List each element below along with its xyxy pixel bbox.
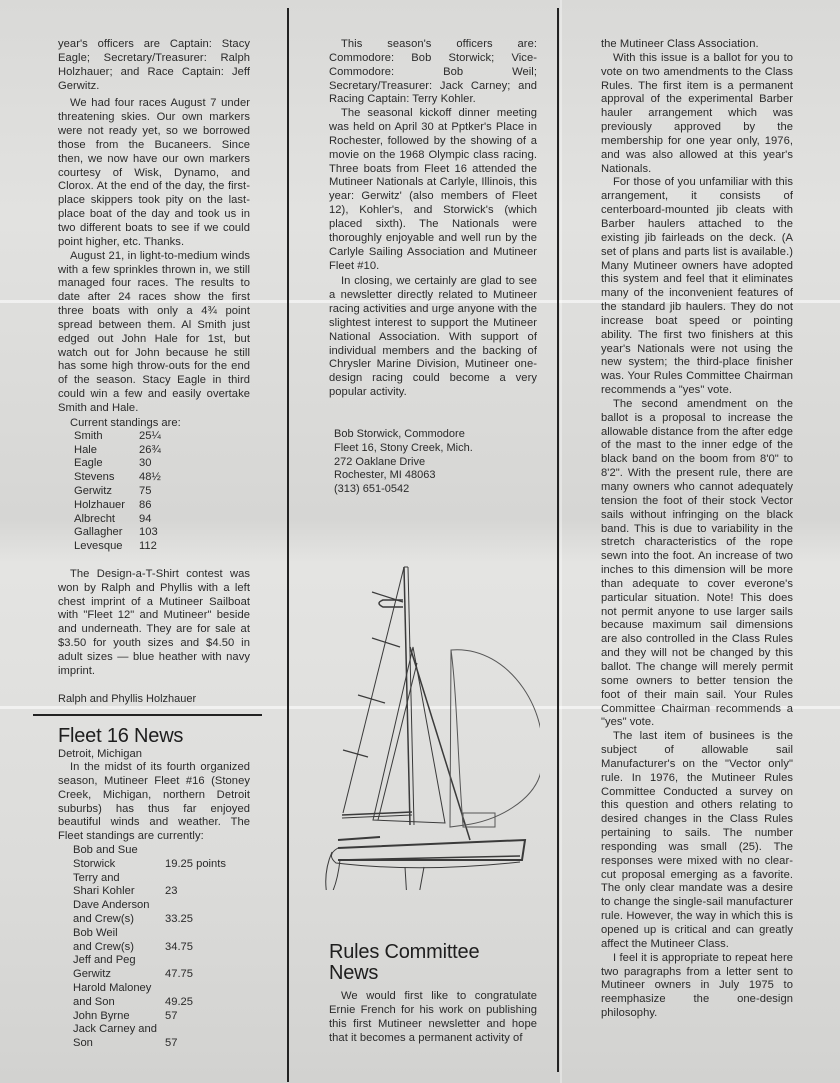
tshirt-paragraph: The Design-a-T-Shirt contest was won by … <box>58 568 250 679</box>
paper-fold <box>560 0 562 1083</box>
standing-name: Terry and <box>73 872 226 886</box>
paragraph: In closing, we certainly are glad to see… <box>329 275 537 400</box>
paragraph: The seasonal kickoff dinner meeting was … <box>329 107 537 273</box>
paragraph: In the midst of its fourth organized sea… <box>58 761 250 844</box>
address-line: 272 Oaklane Drive <box>334 456 537 470</box>
column-2: This season's officers are: Commodore: B… <box>329 38 537 497</box>
standing-name: Gerwitz <box>73 968 165 982</box>
column-divider <box>287 8 289 1082</box>
signature: Ralph and Phyllis Holzhauer <box>58 692 250 706</box>
paragraph: August 21, in light-to-medium winds with… <box>58 250 250 416</box>
table-row: Terry and <box>73 872 226 886</box>
address-line: Fleet 16, Stony Creek, Mich. <box>334 442 537 456</box>
table-row: Harold Maloney <box>73 982 226 996</box>
table-row: Jack Carney and <box>73 1023 226 1037</box>
table-row: Bob and Sue <box>73 844 226 858</box>
standing-points: 47.75 <box>165 968 226 982</box>
table-row: Shari Kohler23 <box>73 885 226 899</box>
standing-name: Gallagher <box>74 526 139 540</box>
standing-name: Eagle <box>74 457 139 471</box>
standing-name: Jeff and Peg <box>73 954 226 968</box>
section-divider <box>33 714 262 716</box>
paragraph: We had four races August 7 under threate… <box>58 97 250 249</box>
address-line: Bob Storwick, Commodore <box>334 428 537 442</box>
table-row: Son57 <box>73 1037 226 1051</box>
standing-name: Smith <box>74 430 139 444</box>
table-row: Levesque112 <box>74 540 161 554</box>
table-row: Storwick19.25 points <box>73 858 226 872</box>
fleet-standings-table: Bob and Sue Storwick19.25 points Terry a… <box>73 844 226 1051</box>
paragraph: With this issue is a ballot for you to v… <box>601 52 793 177</box>
paragraph: This season's officers are: Commodore: B… <box>329 38 537 107</box>
paragraph: year's officers are Captain: Stacy Eagle… <box>58 38 250 93</box>
standing-name: Stevens <box>74 471 139 485</box>
standing-points: 103 <box>139 526 161 540</box>
column-divider <box>557 8 559 1072</box>
column-1: year's officers are Captain: Stacy Eagle… <box>58 38 250 706</box>
paragraph: The second amendment on the ballot is a … <box>601 398 793 730</box>
standing-points: 48½ <box>139 471 161 485</box>
table-row: and Son49.25 <box>73 996 226 1010</box>
section-heading: News <box>329 963 537 984</box>
standing-name: and Son <box>73 996 165 1010</box>
section-heading: Fleet 16 News <box>58 726 250 747</box>
standing-name: Dave Anderson <box>73 899 226 913</box>
standing-points: 49.25 <box>165 996 226 1010</box>
paragraph: We would first like to congratulate Erni… <box>329 990 537 1045</box>
standing-points: 33.25 <box>165 913 226 927</box>
table-row: Jeff and Peg <box>73 954 226 968</box>
fleet16-section: Fleet 16 News Detroit, Michigan In the m… <box>58 726 250 1051</box>
paragraph: I feel it is appropriate to repeat here … <box>601 952 793 1021</box>
standings-intro: Current standings are: <box>58 416 250 430</box>
table-row: Bob Weil <box>73 927 226 941</box>
table-row: Albrecht94 <box>74 513 161 527</box>
table-row: Hale26¾ <box>74 444 161 458</box>
address-line: Rochester, MI 48063 <box>334 469 537 483</box>
standing-points: 25¼ <box>139 430 161 444</box>
standing-name: Shari Kohler <box>73 885 165 899</box>
standing-points: 34.75 <box>165 941 226 955</box>
standing-name: Storwick <box>73 858 165 872</box>
standing-name: Bob and Sue <box>73 844 226 858</box>
standing-name: Levesque <box>74 540 139 554</box>
column-3: the Mutineer Class Association. With thi… <box>601 38 793 1021</box>
section-location: Detroit, Michigan <box>58 747 250 761</box>
standing-name: John Byrne <box>73 1010 165 1024</box>
section-heading: Rules Committee <box>329 942 537 963</box>
paragraph: For those of you unfamiliar with this ar… <box>601 176 793 398</box>
standing-points: 57 <box>165 1010 226 1024</box>
standing-name: Jack Carney and <box>73 1023 226 1037</box>
table-row: Gerwitz75 <box>74 485 161 499</box>
standing-name: Harold Maloney <box>73 982 226 996</box>
standing-points: 19.25 points <box>165 858 226 872</box>
table-row: Eagle30 <box>74 457 161 471</box>
address-block: Bob Storwick, Commodore Fleet 16, Stony … <box>329 428 537 497</box>
table-row: and Crew(s)34.75 <box>73 941 226 955</box>
standing-points: 94 <box>139 513 161 527</box>
table-row: Holzhauer86 <box>74 499 161 513</box>
standing-name: Albrecht <box>74 513 139 527</box>
standing-points: 26¾ <box>139 444 161 458</box>
standing-points: 23 <box>165 885 226 899</box>
standing-points: 86 <box>139 499 161 513</box>
standings-table: Smith25¼ Hale26¾ Eagle30 Stevens48½ Gerw… <box>74 430 161 554</box>
standing-points: 30 <box>139 457 161 471</box>
standing-name: and Crew(s) <box>73 913 165 927</box>
standing-name: Hale <box>74 444 139 458</box>
standing-points: 112 <box>139 540 161 554</box>
table-row: Gallagher103 <box>74 526 161 540</box>
paragraph: the Mutineer Class Association. <box>601 38 793 52</box>
table-row: Smith25¼ <box>74 430 161 444</box>
address-line: (313) 651-0542 <box>334 483 537 497</box>
table-row: Dave Anderson <box>73 899 226 913</box>
standing-name: Holzhauer <box>74 499 139 513</box>
paragraph: The last item of businees is the subject… <box>601 730 793 952</box>
standing-name: and Crew(s) <box>73 941 165 955</box>
standing-name: Gerwitz <box>74 485 139 499</box>
standing-points: 57 <box>165 1037 226 1051</box>
rules-committee-section: Rules Committee News We would first like… <box>329 942 537 1045</box>
table-row: Stevens48½ <box>74 471 161 485</box>
standing-points: 75 <box>139 485 161 499</box>
sailboat-illustration <box>300 555 540 890</box>
table-row: Gerwitz47.75 <box>73 968 226 982</box>
standing-name: Bob Weil <box>73 927 226 941</box>
table-row: John Byrne57 <box>73 1010 226 1024</box>
standing-name: Son <box>73 1037 165 1051</box>
table-row: and Crew(s)33.25 <box>73 913 226 927</box>
